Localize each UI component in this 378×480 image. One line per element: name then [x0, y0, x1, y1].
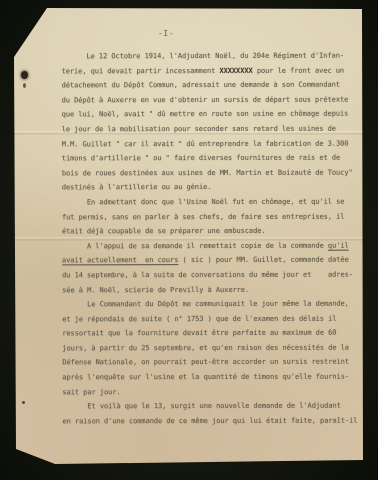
document-text-segment: et je répondais de suite ( n° 1753 ) que… — [62, 314, 336, 323]
document-line: ressortait que la fourniture devait être… — [62, 326, 362, 341]
document-line: destinés à l'artillerie ou au génie. — [62, 180, 362, 195]
document-text-segment: le jour de la mobilisation pour seconder… — [62, 125, 336, 134]
document-line: le jour de la mobilisation pour seconder… — [62, 122, 362, 137]
ink-spot — [22, 401, 25, 404]
document-line: du 14 septembre, à la suite de conversat… — [62, 268, 362, 283]
document-text-segment: En admettant donc que l'Usine Noël fut e… — [62, 198, 345, 207]
document-text-segment: qu'il — [328, 241, 349, 249]
document-text-segment: bois de roues destinées aux usines de MM… — [62, 168, 353, 177]
document-text-segment: sait par jour. — [62, 388, 120, 396]
document-text-segment: du 14 septembre, à la suite de conversat… — [62, 271, 353, 280]
document-text-segment: que lui, Noël, avait " dû mettre en rout… — [62, 110, 349, 119]
document-text-segment: Et voilà que le 13, surgit une nouvelle … — [62, 402, 340, 411]
paper-tear — [9, 175, 13, 182]
paper-sheet: -I- Le 12 Octobre 1914, l'Adjudant Noël,… — [10, 5, 366, 468]
document-line: était déjà coupable de se préparer une e… — [62, 224, 362, 239]
document-line: sait par jour. — [62, 384, 362, 399]
document-text-segment: Le Commandant du Dépôt me communiquait l… — [62, 300, 349, 309]
document-line: A l'appui de sa demande il remettait cop… — [62, 238, 362, 253]
document-line: Défense Nationale, on pourrait peut-être… — [62, 355, 362, 370]
document-line: En admettant donc que l'Usine Noël fut e… — [62, 195, 362, 210]
document-text-segment: ressortait que la fourniture devait être… — [62, 329, 336, 338]
document-text-segment: pour le front avec un — [253, 66, 344, 74]
document-text-segment: XXXXXXXX — [219, 66, 252, 74]
document-line: timons d'artillerie " ou " faire diverse… — [62, 151, 362, 166]
document-text-segment: du Dépôt à Auxerre en vue d'obtenir un s… — [62, 95, 349, 104]
document-text-segment: Défense Nationale, on pourrait peut-être… — [62, 358, 349, 367]
document-line: sée à M. Noël, scierie de Previlly à Aux… — [62, 282, 362, 297]
page-number: -I- — [158, 29, 175, 38]
document-line: jours, à partir du 25 septembre, et qu'e… — [62, 340, 362, 355]
document-text-segment: fut permis, sans en parler à ses chefs, … — [62, 212, 345, 221]
document-text-segment: ( sic ) pour MM. Guillet, commande datée — [178, 256, 348, 264]
document-line: Le 12 Octobre 1914, l'Adjudant Noël, du … — [62, 49, 362, 64]
document-line: en raison d'une commande de ce même jour… — [62, 413, 362, 428]
document-line: Et voilà que le 13, surgit une nouvelle … — [62, 399, 362, 414]
punch-hole — [21, 71, 28, 79]
document-text-segment: après l'enquête sur l'usine et la quanti… — [62, 373, 349, 382]
document-line: détachement du Dépôt Commun, adressait u… — [62, 78, 362, 93]
document-line: M.M. Guillet " car il avait " dû entrepr… — [62, 136, 362, 151]
document-text-segment: Le 12 Octobre 1914, l'Adjudant Noël, du … — [62, 52, 345, 61]
document-text-segment: sée à M. Noël, scierie de Previlly à Aux… — [62, 285, 249, 293]
document-text-segment: en raison d'une commande de ce même jour… — [62, 416, 357, 425]
document-line: fut permis, sans en parler à ses chefs, … — [62, 209, 362, 224]
document-text-segment: terie, qui devait partir incessamment — [62, 67, 220, 75]
document-text-segment: A l'appui de sa demande il remettait cop… — [62, 241, 328, 250]
ink-spot — [23, 83, 26, 88]
document-text-segment: jours, à partir du 25 septembre, et qu'e… — [62, 344, 349, 353]
document-line: après l'enquête sur l'usine et la quanti… — [62, 370, 362, 385]
document-text-segment: timons d'artillerie " ou " faire diverse… — [62, 154, 340, 163]
document-line: terie, qui devait partir incessamment XX… — [62, 63, 362, 78]
document-line: que lui, Noël, avait " dû mettre en rout… — [62, 107, 362, 122]
document-line: et je répondais de suite ( n° 1753 ) que… — [62, 311, 362, 326]
document-text-segment: M.M. Guillet " car il avait " dû entrepr… — [62, 139, 349, 148]
document-line: du Dépôt à Auxerre en vue d'obtenir un s… — [62, 92, 362, 107]
document-line: Le Commandant du Dépôt me communiquait l… — [62, 297, 362, 312]
text-layer: Le 12 Octobre 1914, l'Adjudant Noël, du … — [62, 49, 363, 429]
document-text-segment: destinés à l'artillerie ou au génie. — [62, 183, 212, 191]
document-text-segment: avait actuellement en cours — [62, 256, 178, 264]
document-text-segment: détachement du Dépôt Commun, adressait u… — [62, 81, 340, 90]
document-text-segment: était déjà coupable de se préparer une e… — [62, 227, 266, 236]
document-line: bois de roues destinées aux usines de MM… — [62, 165, 362, 180]
scan-background: -I- Le 12 Octobre 1914, l'Adjudant Noël,… — [0, 0, 378, 480]
document-line: avait actuellement en cours ( sic ) pour… — [62, 253, 362, 268]
